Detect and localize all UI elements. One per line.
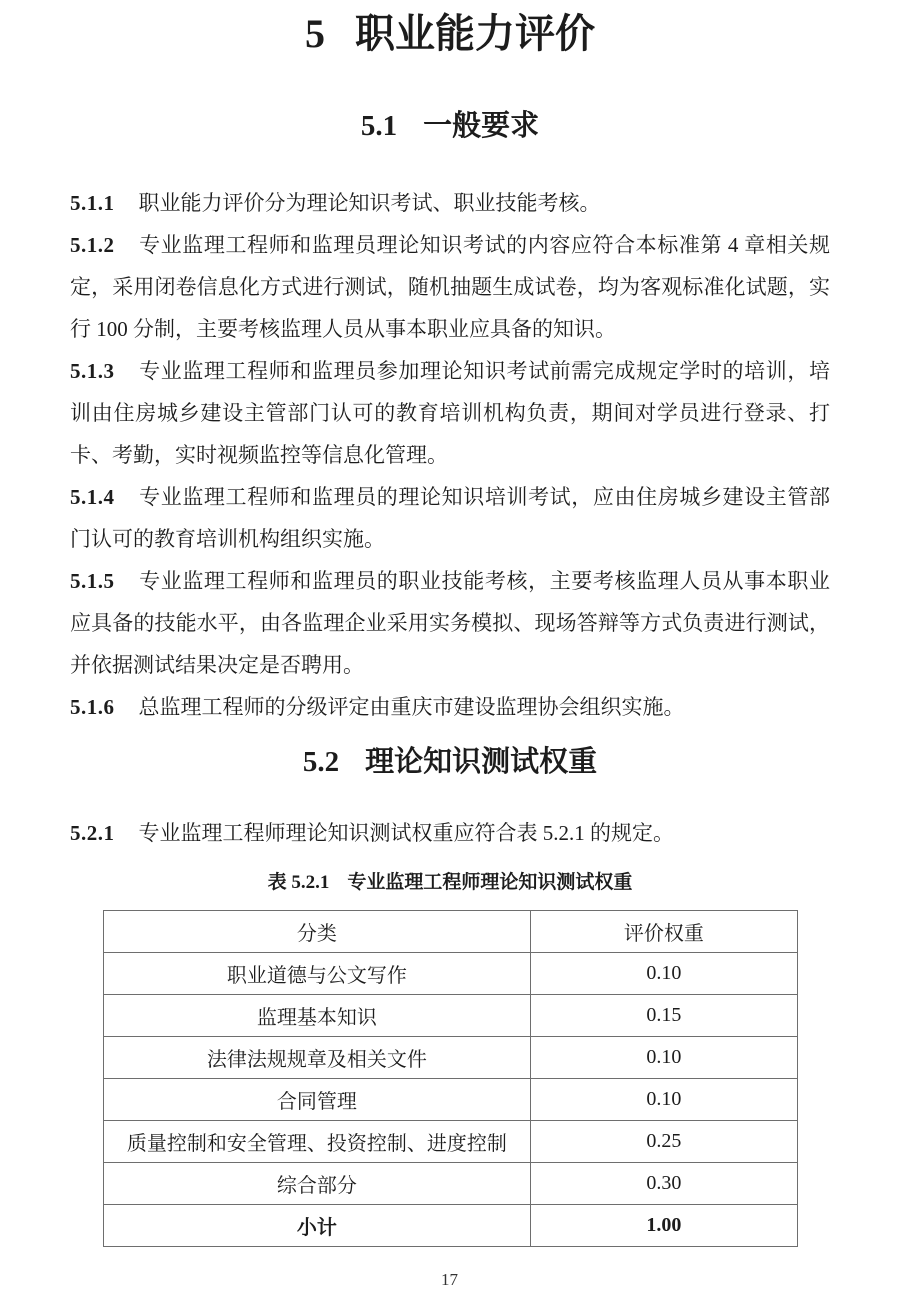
section-number: 5.2 [303, 744, 339, 780]
clause-5-1-2: 5.1.2专业监理工程师和监理员理论知识考试的内容应符合本标准第 4 章相关规定… [70, 224, 830, 350]
category-cell: 法律法规规章及相关文件 [104, 1037, 531, 1079]
total-label-cell: 小计 [104, 1205, 531, 1247]
clause-5-1-6: 5.1.6总监理工程师的分级评定由重庆市建设监理协会组织实施。 [70, 686, 830, 728]
table-row: 综合部分 0.30 [104, 1163, 798, 1205]
column-header-category: 分类 [104, 911, 531, 953]
table-row: 法律法规规章及相关文件 0.10 [104, 1037, 798, 1079]
table-row: 监理基本知识 0.15 [104, 995, 798, 1037]
table-row: 质量控制和安全管理、投资控制、进度控制 0.25 [104, 1121, 798, 1163]
clause-text: 职业能力评价分为理论知识考试、职业技能考核。 [139, 191, 601, 215]
table-total-row: 小计 1.00 [104, 1205, 798, 1247]
clause-number: 5.1.5 [70, 569, 115, 593]
chapter-number: 5 [305, 8, 325, 60]
clause-text: 总监理工程师的分级评定由重庆市建设监理协会组织实施。 [139, 695, 685, 719]
table-row: 合同管理 0.10 [104, 1079, 798, 1121]
page-number: 17 [0, 1270, 899, 1290]
table-row: 职业道德与公文写作 0.10 [104, 953, 798, 995]
category-cell: 监理基本知识 [104, 995, 531, 1037]
clause-text: 专业监理工程师理论知识测试权重应符合表 5.2.1 的规定。 [139, 821, 675, 845]
category-cell: 综合部分 [104, 1163, 531, 1205]
table-header-row: 分类 评价权重 [104, 911, 798, 953]
clause-number: 5.1.6 [70, 695, 115, 719]
chapter-title-text: 职业能力评价 [355, 8, 595, 60]
section-heading-5-2: 5.2 理论知识测试权重 [70, 744, 830, 780]
table-caption-label: 表 5.2.1 [268, 868, 330, 898]
clause-text: 专业监理工程师和监理员参加理论知识考试前需完成规定学时的培训，培训由住房城乡建设… [70, 359, 830, 467]
weight-cell: 0.30 [530, 1163, 797, 1205]
total-value-cell: 1.00 [530, 1205, 797, 1247]
clause-5-1-3: 5.1.3专业监理工程师和监理员参加理论知识考试前需完成规定学时的培训，培训由住… [70, 350, 830, 476]
clause-text: 专业监理工程师和监理员的理论知识培训考试，应由住房城乡建设主管部门认可的教育培训… [70, 485, 830, 551]
weights-table: 分类 评价权重 职业道德与公文写作 0.10 监理基本知识 0.15 法律法规规… [103, 910, 798, 1247]
clause-5-1-4: 5.1.4专业监理工程师和监理员的理论知识培训考试，应由住房城乡建设主管部门认可… [70, 476, 830, 560]
clause-5-2-1: 5.2.1专业监理工程师理论知识测试权重应符合表 5.2.1 的规定。 [70, 812, 830, 854]
column-header-weight: 评价权重 [530, 911, 797, 953]
section-heading-text: 一般要求 [423, 108, 539, 144]
clause-number: 5.2.1 [70, 821, 115, 845]
weight-cell: 0.25 [530, 1121, 797, 1163]
weight-cell: 0.10 [530, 953, 797, 995]
table-caption: 表 5.2.1 专业监理工程师理论知识测试权重 [70, 868, 830, 898]
weight-cell: 0.10 [530, 1079, 797, 1121]
weight-cell: 0.15 [530, 995, 797, 1037]
section-5-1-body: 5.1.1职业能力评价分为理论知识考试、职业技能考核。 5.1.2专业监理工程师… [70, 182, 830, 728]
category-cell: 合同管理 [104, 1079, 531, 1121]
clause-text: 专业监理工程师和监理员理论知识考试的内容应符合本标准第 4 章相关规定，采用闭卷… [70, 233, 830, 341]
weight-cell: 0.10 [530, 1037, 797, 1079]
clause-number: 5.1.4 [70, 485, 115, 509]
clause-5-1-5: 5.1.5专业监理工程师和监理员的职业技能考核，主要考核监理人员从事本职业应具备… [70, 560, 830, 686]
document-page: 5 职业能力评价 5.1 一般要求 5.1.1职业能力评价分为理论知识考试、职业… [70, 0, 830, 1247]
category-cell: 质量控制和安全管理、投资控制、进度控制 [104, 1121, 531, 1163]
section-5-2-body: 5.2.1专业监理工程师理论知识测试权重应符合表 5.2.1 的规定。 [70, 812, 830, 854]
table-caption-text: 专业监理工程师理论知识测试权重 [347, 868, 632, 898]
clause-number: 5.1.3 [70, 359, 115, 383]
section-heading-5-1: 5.1 一般要求 [70, 108, 830, 144]
section-heading-text: 理论知识测试权重 [365, 744, 597, 780]
clause-number: 5.1.1 [70, 191, 115, 215]
section-number: 5.1 [361, 108, 397, 144]
clause-text: 专业监理工程师和监理员的职业技能考核，主要考核监理人员从事本职业应具备的技能水平… [70, 569, 830, 677]
clause-number: 5.1.2 [70, 233, 115, 257]
category-cell: 职业道德与公文写作 [104, 953, 531, 995]
chapter-title: 5 职业能力评价 [70, 0, 830, 60]
clause-5-1-1: 5.1.1职业能力评价分为理论知识考试、职业技能考核。 [70, 182, 830, 224]
